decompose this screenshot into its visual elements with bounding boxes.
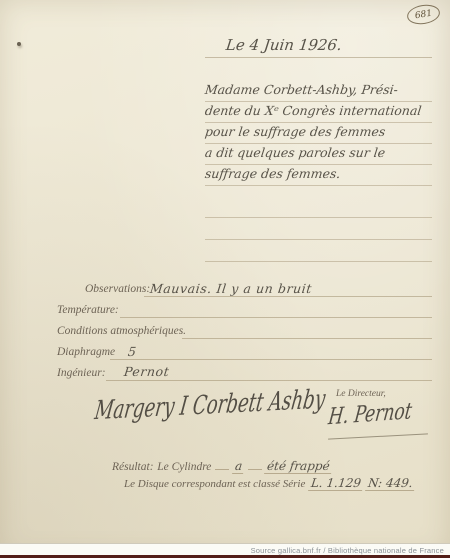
body-line-text: Madame Corbett-Ashby, Prési- <box>204 80 399 99</box>
signature-underline <box>328 433 428 439</box>
result-hand-a: a <box>232 459 245 474</box>
date-line: Le 4 Juin 1926. <box>225 36 343 54</box>
signature-speaker: Margery I Corbett Ashby <box>93 384 327 426</box>
body-line-text: dente du Xᵉ Congrès international <box>204 101 423 120</box>
observations-rule <box>144 296 432 297</box>
observations-value: Mauvais. Il y a un bruit <box>149 281 313 296</box>
ruled-line-blank <box>205 240 432 262</box>
result-line-1: Résultat: Le Cylindre a été frappé <box>112 459 332 474</box>
fill-in-line <box>215 459 229 470</box>
ingenieur-value: Pernot <box>123 364 170 379</box>
diaphragme-label: Diaphragme <box>57 346 115 358</box>
result-printed-cylindre: Le Cylindre <box>157 461 211 473</box>
conditions-label: Conditions atmosphériques. <box>57 325 186 337</box>
fill-in-line <box>248 459 262 470</box>
stamp-number: 681 <box>414 8 433 21</box>
signature-director: H. Pernot <box>327 398 414 431</box>
date-rule <box>205 57 432 58</box>
body-line: suffrage des femmes. <box>205 164 432 186</box>
conditions-rule <box>182 338 432 339</box>
ingenieur-rule <box>106 380 432 381</box>
body-line: pour le suffrage des femmes <box>205 122 432 144</box>
body-line: Madame Corbett-Ashby, Prési- <box>205 80 432 102</box>
body-line-text: a dit quelques paroles sur le <box>204 143 387 162</box>
body-line: dente du Xᵉ Congrès international <box>205 101 432 123</box>
observations-label: Observations: <box>85 283 150 295</box>
diaphragme-rule <box>110 359 432 360</box>
result-line-2: Le Disque correspondant est classé Série… <box>124 476 415 491</box>
body-line-text: suffrage des femmes. <box>204 164 342 183</box>
document-scan: 681 Le 4 Juin 1926. Madame Corbett-Ashby… <box>0 0 450 558</box>
ruled-line-blank <box>205 218 432 240</box>
ruled-line-blank <box>205 196 432 218</box>
paper-speck <box>17 42 21 46</box>
ingenieur-label: Ingénieur: <box>57 367 106 379</box>
result-hand-number: N: 449. <box>365 476 415 491</box>
temperature-rule <box>120 317 432 318</box>
result-hand-series: L. 1.129 <box>308 476 364 491</box>
result-label: Résultat: <box>112 461 154 473</box>
temperature-label: Température: <box>57 304 119 316</box>
diaphragme-value: 5 <box>127 344 137 359</box>
page-number-stamp: 681 <box>406 3 442 27</box>
body-line-text: pour le suffrage des femmes <box>204 122 387 141</box>
source-attribution: Source gallica.bnf.fr / Bibliothèque nat… <box>251 546 450 555</box>
result-printed-disque: Le Disque correspondant est classé Série <box>124 478 305 490</box>
result-hand-frappe: été frappé <box>264 459 332 474</box>
director-title: Le Directeur, <box>336 389 386 399</box>
body-line: a dit quelques paroles sur le <box>205 143 432 165</box>
